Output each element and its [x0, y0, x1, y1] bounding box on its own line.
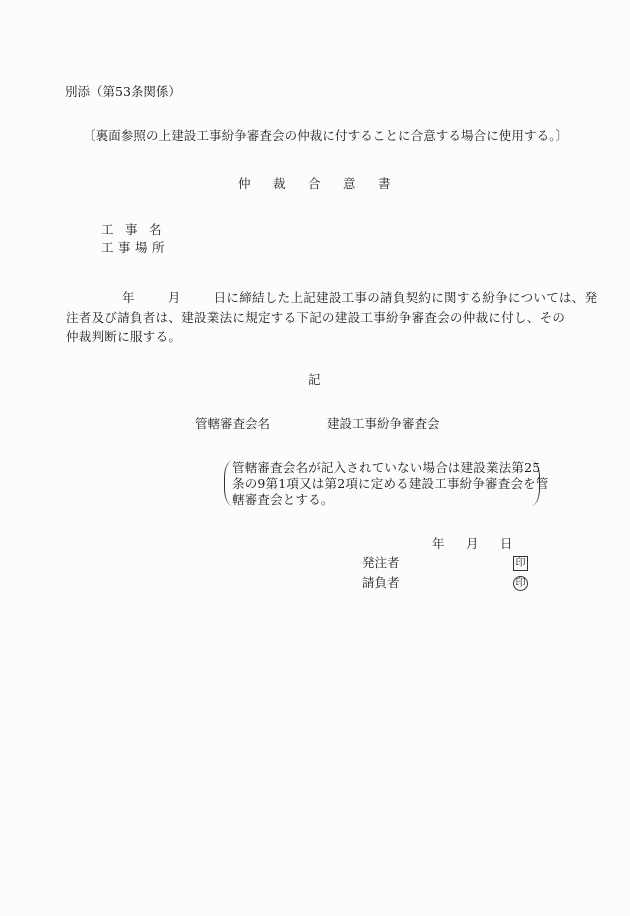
label-char: 事: [125, 222, 149, 238]
body-line-2: 注者及び請負者は、建設業法に規定する下記の建設工事紛争審査会の仲裁に付し、その: [65, 308, 555, 328]
work-place-label: 工事場所: [101, 240, 169, 256]
label-char: 工: [101, 222, 125, 238]
title-char: 書: [378, 176, 413, 192]
orderer-label: 発注者: [362, 555, 400, 571]
jurisdiction-label: 管轄審査会名: [195, 416, 270, 432]
date-month: 月: [466, 536, 500, 552]
document-title: 仲 裁 合 意 書: [238, 176, 413, 192]
note-line: 轄審査会とする。: [232, 492, 536, 508]
attachment-label: 別添（第53条関係）: [65, 84, 181, 100]
label-char: 名: [149, 222, 173, 238]
title-char: 仲: [238, 176, 273, 192]
jurisdiction-note: 管轄審査会名が記入されていない場合は建設業法第25 条の9第1項又は第2項に定め…: [224, 460, 540, 506]
contractor-label: 請負者: [362, 575, 400, 591]
label-char: 場: [135, 240, 152, 256]
note-line: 条の9第1項又は第2項に定める建設工事紛争審査会を管: [232, 476, 536, 492]
jurisdiction-value: 建設工事紛争審査会: [327, 416, 440, 432]
usage-notice: 〔裏面参照の上建設工事紛争審査会の仲裁に付することに合意する場合に使用する。〕: [83, 128, 568, 144]
label-char: 工: [101, 240, 118, 256]
title-char: 意: [343, 176, 378, 192]
work-name-label: 工事名: [101, 222, 173, 238]
signature-date: 年月日: [432, 536, 534, 552]
year-blank: 年: [122, 290, 135, 305]
date-year: 年: [432, 536, 466, 552]
agreement-body: 年月日に締結した上記建設工事の請負契約に関する紛争については、発 注者及び請負者…: [65, 288, 555, 347]
title-char: 裁: [273, 176, 308, 192]
body-text: 注者及び請負者は、建設業法に規定する下記の建設工事紛争審査会の仲裁に付し、その: [66, 310, 565, 325]
body-text: 仲裁判断に服する。: [66, 329, 181, 344]
seal-square-icon: 印: [513, 556, 528, 571]
note-text: 管轄審査会名が記入されていない場合は建設業法第25 条の9第1項又は第2項に定め…: [232, 460, 536, 508]
seal-circle-icon: 印: [513, 576, 528, 591]
body-text: 日に締結した上記建設工事の請負契約に関する紛争については、発: [214, 290, 598, 305]
label-char: 事: [118, 240, 135, 256]
body-line-3: 仲裁判断に服する。: [65, 327, 555, 347]
ki-heading: 記: [308, 372, 321, 388]
month-blank: 月: [168, 290, 181, 305]
title-char: 合: [308, 176, 343, 192]
body-line-1: 年月日に締結した上記建設工事の請負契約に関する紛争については、発: [65, 288, 555, 308]
date-day: 日: [500, 536, 534, 552]
note-line: 管轄審査会名が記入されていない場合は建設業法第25: [232, 460, 536, 476]
label-char: 所: [152, 240, 169, 256]
